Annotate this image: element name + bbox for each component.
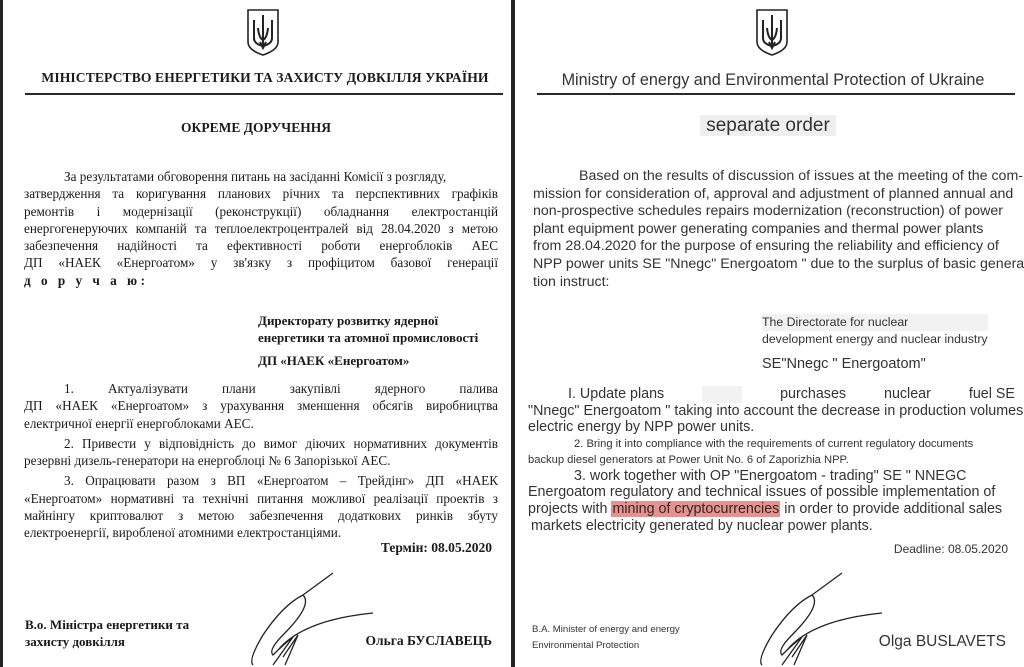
- addressee-line: Директорату розвитку ядерної: [258, 312, 478, 329]
- item-line: 2. Привести у відповідність до вимог дію…: [24, 435, 498, 452]
- intro-line: За результатами обговорення питань на за…: [24, 168, 498, 185]
- item-word: I. Update plans: [568, 386, 664, 403]
- item-line: markets electricity generated by nuclear…: [528, 518, 1018, 535]
- intro-line: ремонтів і модернізації (реконструкції) …: [24, 203, 498, 220]
- item-line: 3. work together with OP "Energoatom - t…: [528, 468, 1018, 485]
- deadline: Термін: 08.05.2020: [381, 540, 492, 556]
- item-line: ДП «НАЕК «Енергоатом» з урахування зменш…: [24, 397, 498, 414]
- header-rule: [537, 93, 1015, 95]
- addressee-directorate: Директорату розвитку ядерної енергетики …: [258, 312, 478, 346]
- addressee-line: енергетики та атомної промисловості: [258, 329, 478, 346]
- item-line: Energoatom regulatory and technical issu…: [528, 484, 1018, 501]
- highlighted-phrase: mining of cryptocurrencies: [611, 501, 780, 517]
- intro-line: tion instruct:: [533, 274, 1019, 292]
- addressee-org: SE"Nnegc " Energoatom": [762, 356, 926, 372]
- signature-scribble: [213, 565, 383, 667]
- intro-line: енергогенеруючих компаній та теплоелектр…: [24, 220, 498, 237]
- addressee-org: ДП «НАЕК «Енергоатом»: [258, 352, 409, 369]
- intro-line: non-prospective schedules repairs modern…: [533, 203, 1019, 221]
- intro-paragraph: За результатами обговорення питань на за…: [24, 168, 498, 289]
- signatory-name: Ольга БУСЛАВЕЦЬ: [366, 633, 492, 649]
- intro-line: ДП «НАЕК «Енергоатом» у зв'язку з профіц…: [24, 254, 498, 271]
- intro-line: Based on the results of discussion of is…: [533, 168, 1019, 186]
- signatory-role-line: B.A. Minister of energy and energy: [532, 622, 680, 638]
- item-line: резервні дизель-генератори на енергоблоц…: [24, 452, 498, 469]
- text-run: projects with: [528, 501, 611, 517]
- instruct-word: д о р у ч а ю:: [24, 272, 498, 289]
- items-list: 1. Актуалізувати плани закупівлі ядерног…: [24, 380, 498, 542]
- signatory-role-line: В.о. Міністра енергетики та: [25, 616, 189, 633]
- signatory-name: Olga BUSLAVETS: [879, 633, 1006, 651]
- addressee-line: development energy and nuclear industry: [762, 331, 988, 348]
- item-line: «Енергоатом» нормативні та технічні пита…: [24, 490, 498, 507]
- addressee-directorate: The Directorate for nuclear development …: [762, 314, 988, 348]
- item-line-highlight: projects with mining of cryptocurrencies…: [528, 501, 1018, 518]
- item-line: 3. Опрацювати разом з ВП «Енергоатом – Т…: [24, 472, 498, 489]
- item-line: 2. Bring it into compliance with the req…: [528, 436, 1018, 452]
- original-document-page: МІНІСТЕРСТВО ЕНЕРГЕТИКИ ТА ЗАХИСТУ ДОВКІ…: [0, 0, 512, 667]
- text-run: in order to provide additional sales: [780, 501, 1002, 517]
- order-title-text: separate order: [700, 115, 836, 136]
- item-word: purchases: [780, 386, 846, 403]
- order-title: ОКРЕМЕ ДОРУЧЕННЯ: [0, 120, 512, 136]
- item-word: nuclear: [884, 386, 931, 403]
- item-1-first-line: I. Update plans purchases nuclear fuel S…: [528, 386, 1018, 403]
- item-line: електричної енергії енергоблоками АЕС.: [24, 415, 498, 432]
- blank-gap: [702, 386, 742, 403]
- item-2: 2. Привести у відповідність до вимог дію…: [24, 435, 498, 470]
- order-title: separate order: [512, 115, 1024, 137]
- items-list: I. Update plans purchases nuclear fuel S…: [528, 386, 1018, 534]
- item-1: 1. Актуалізувати плани закупівлі ядерног…: [24, 380, 498, 432]
- deadline: Deadline: 08.05.2020: [894, 542, 1008, 556]
- header-rule: [25, 93, 503, 95]
- signatory-role: B.A. Minister of energy and energy Envir…: [532, 622, 680, 654]
- signatory-role: В.о. Міністра енергетики та захисту довк…: [25, 616, 189, 650]
- intro-line: NPP power units SE "Nnegc" Energoatom " …: [533, 256, 1019, 274]
- signatory-role-line: захисту довкілля: [25, 633, 189, 650]
- addressee-line: The Directorate for nuclear: [762, 314, 988, 331]
- ministry-title: Ministry of energy and Environmental Pro…: [533, 71, 1013, 90]
- item-word: fuel SE: [969, 386, 1015, 403]
- item-line: майнінгу криптовалют з метою забезпеченн…: [24, 507, 498, 524]
- tryzub-coat-of-arms-icon: [755, 8, 789, 56]
- intro-line: from 28.04.2020 for the purpose of ensur…: [533, 238, 1019, 256]
- intro-line: затвердження та коригування планових річ…: [24, 185, 498, 202]
- intro-line: забезпечення надійності та ефективності …: [24, 237, 498, 254]
- page-divider: [511, 0, 514, 667]
- item-3: 3. Опрацювати разом з ВП «Енергоатом – Т…: [24, 472, 498, 541]
- item-line: "Nnegc" Energoatom " taking into account…: [528, 403, 1018, 420]
- intro-paragraph: Based on the results of discussion of is…: [533, 168, 1019, 291]
- tryzub-coat-of-arms-icon: [246, 8, 280, 56]
- intro-line: mission for consideration of, approval a…: [533, 186, 1019, 204]
- signatory-role-line: Environmental Protection: [532, 638, 680, 654]
- ministry-title: МІНІСТЕРСТВО ЕНЕРГЕТИКИ ТА ЗАХИСТУ ДОВКІ…: [25, 70, 505, 86]
- item-line: electric energy by NPP power units.: [528, 419, 1018, 436]
- item-line: 1. Актуалізувати плани закупівлі ядерног…: [24, 380, 498, 397]
- intro-line: plant equipment power generating compani…: [533, 221, 1019, 239]
- item-line: backup diesel generators at Power Unit N…: [528, 452, 1018, 468]
- signature-scribble: [722, 565, 892, 667]
